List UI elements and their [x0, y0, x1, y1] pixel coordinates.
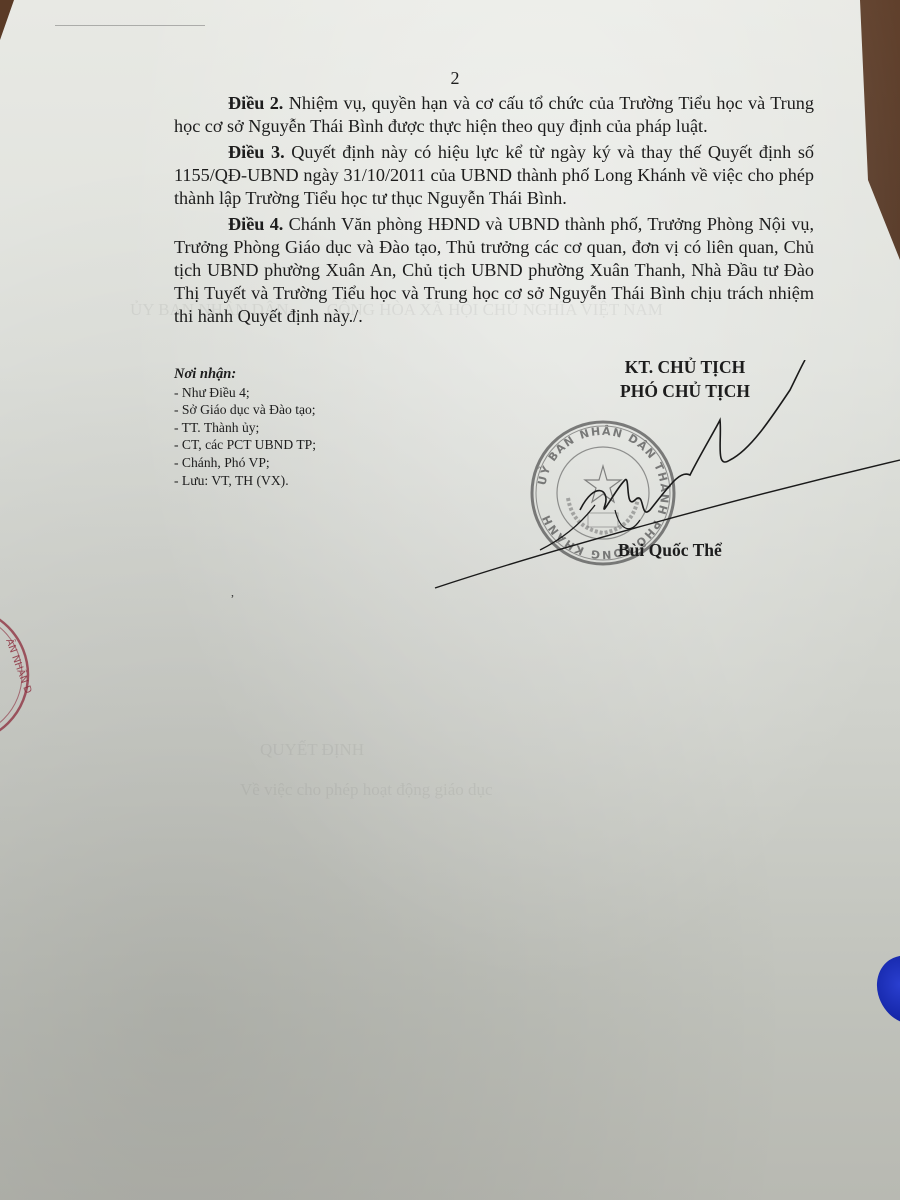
recipient-item: - Như Điều 4; [174, 384, 316, 402]
edge-seal-icon: ÂN NHÂN D [0, 600, 50, 750]
article-3: Điều 3. Quyết định này có hiệu lực kể từ… [174, 141, 814, 210]
article-4: Điều 4. Chánh Văn phòng HĐND và UBND thà… [174, 213, 814, 328]
article-label: Điều 4. [228, 214, 283, 234]
stray-mark: , [231, 585, 234, 600]
recipient-item: - Chánh, Phó VP; [174, 454, 316, 472]
handwritten-signature [430, 360, 900, 600]
article-label: Điều 3. [228, 142, 285, 162]
recipients-block: Nơi nhận: - Như Điều 4; - Sở Giáo dục và… [174, 366, 316, 489]
recipients-title: Nơi nhận: [174, 366, 316, 384]
recipient-item: - Sở Giáo dục và Đào tạo; [174, 401, 316, 419]
article-2: Điều 2. Nhiệm vụ, quyền hạn và cơ cấu tổ… [174, 92, 814, 138]
svg-text:ÂN NHÂN D: ÂN NHÂN D [3, 637, 35, 696]
document-body: Điều 2. Nhiệm vụ, quyền hạn và cơ cấu tổ… [174, 92, 814, 331]
recipient-item: - TT. Thành ủy; [174, 419, 316, 437]
document-content: 2 Điều 2. Nhiệm vụ, quyền hạn và cơ cấu … [0, 0, 900, 1200]
signer-name: Bùi Quốc Thể [618, 540, 722, 561]
article-label: Điều 2. [228, 93, 283, 113]
recipients-list: - Như Điều 4; - Sở Giáo dục và Đào tạo; … [174, 384, 316, 490]
recipient-item: - Lưu: VT, TH (VX). [174, 472, 316, 490]
recipient-item: - CT, các PCT UBND TP; [174, 436, 316, 454]
page-number: 2 [0, 68, 900, 89]
